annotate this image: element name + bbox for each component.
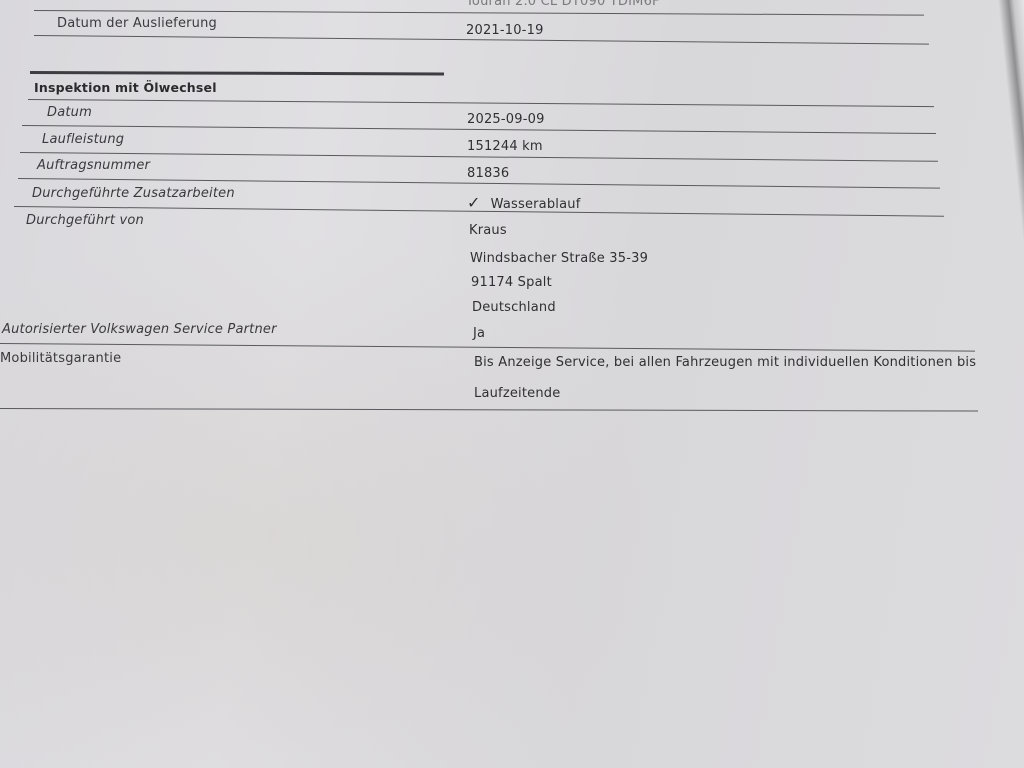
mileage-label: Laufleistung bbox=[42, 132, 124, 147]
dealer-name: Kraus bbox=[469, 223, 507, 238]
authorized-partner-label: Autorisierter Volkswagen Service Partner bbox=[2, 322, 277, 337]
order-number-value: 81836 bbox=[467, 166, 509, 181]
additional-work-text: Wasserablauf bbox=[491, 197, 581, 212]
mileage-value: 151244 km bbox=[467, 139, 543, 154]
check-icon: ✓ bbox=[467, 193, 481, 212]
performed-by-label: Durchgeführt von bbox=[26, 213, 144, 228]
additional-work-value: ✓Wasserablauf bbox=[467, 193, 581, 212]
dealer-country: Deutschland bbox=[472, 300, 556, 315]
dealer-street: Windsbacher Straße 35-39 bbox=[470, 251, 648, 266]
mobility-guarantee-label: Mobilitätsgarantie bbox=[0, 351, 121, 366]
date-value: 2025-09-09 bbox=[467, 112, 545, 127]
delivery-date-value: 2021-10-19 bbox=[466, 23, 544, 38]
date-label: Datum bbox=[47, 105, 92, 120]
mobility-guarantee-line2: Laufzeitende bbox=[474, 386, 560, 401]
additional-work-label: Durchgeführte Zusatzarbeiten bbox=[32, 186, 235, 201]
delivery-date-label: Datum der Auslieferung bbox=[57, 16, 217, 31]
mobility-guarantee-line1: Bis Anzeige Service, bei allen Fahrzeuge… bbox=[474, 355, 976, 370]
vehicle-type-value: Touran 2.0 CL DT090 TDIM6F bbox=[466, 0, 660, 9]
section-title: Inspektion mit Ölwechsel bbox=[34, 80, 217, 95]
dealer-city: 91174 Spalt bbox=[471, 275, 552, 290]
authorized-partner-value: Ja bbox=[473, 326, 485, 341]
order-number-label: Auftragsnummer bbox=[37, 158, 150, 173]
